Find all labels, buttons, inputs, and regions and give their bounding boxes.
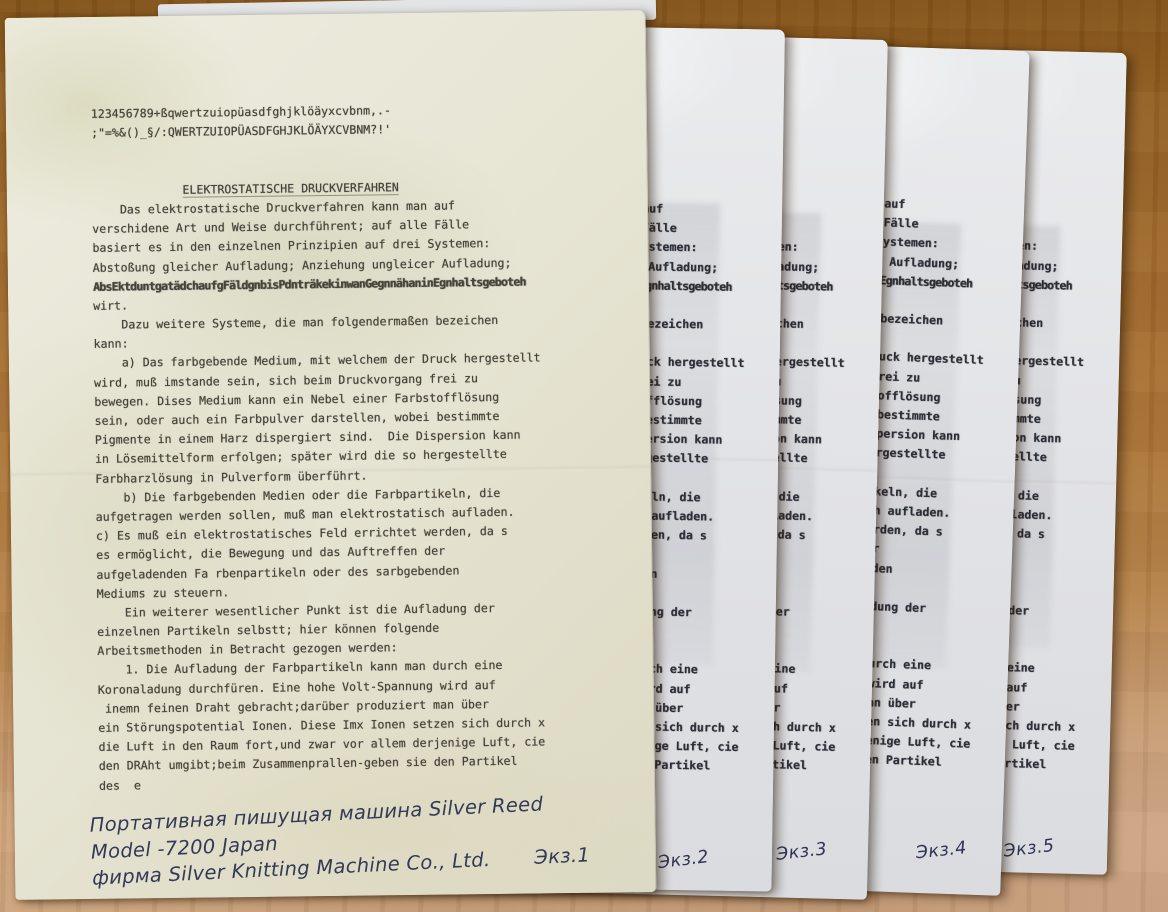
handwritten-note: Портативная пишущая машина Silver Reed M… [89, 786, 652, 892]
original-typewritten-sheet: 123456789+ßqwertzuiopüasdfghjklöäyxcvbnm… [5, 10, 657, 900]
typed-text-original: 123456789+ßqwertzuiopüasdfghjklöäyxcvbnm… [91, 99, 546, 795]
copy-number-label-5: Экз.5 [1002, 836, 1055, 862]
copy-number-label-3: Экз.3 [775, 839, 828, 865]
wooden-desk-background: { "document": { "title": "ELEKTROSTATISC… [0, 0, 1168, 912]
copy-number-label-2: Экз.2 [657, 847, 710, 873]
copy-number-label-4: Экз.4 [915, 838, 968, 863]
copy-number-label-1: Экз.1 [534, 842, 591, 871]
